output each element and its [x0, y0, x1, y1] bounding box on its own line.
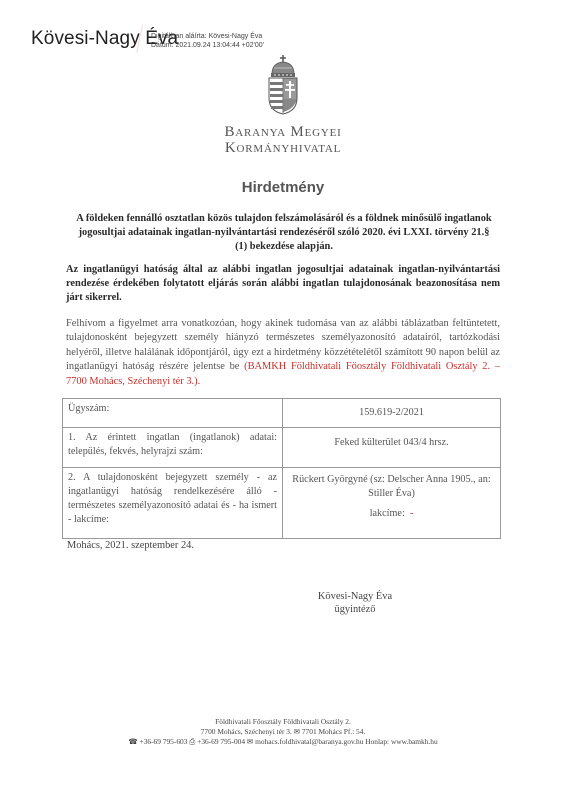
place-and-date: Mohács, 2021. szeptember 24. [67, 540, 194, 551]
signer-block: Kövesi-Nagy Éva ügyintéző [310, 590, 400, 616]
owner-label: 2. A tulajdonosként bejegyzett személy -… [63, 468, 283, 539]
footer-contact-line: ☎ +36-69 795-603 ⎙ +36-69 795-004 ✉ moha… [0, 737, 566, 747]
footer-phone: +36-69 795-603 [140, 737, 188, 746]
hungarian-coat-of-arms-icon [265, 54, 301, 116]
notice-paragraph: Felhívom a figyelmet arra vonatkozóan, h… [66, 317, 500, 389]
footer-department: Földhivatali Főosztály Földhivatali Oszt… [0, 717, 566, 727]
footer-email[interactable]: mohacs.foldhivatal@baranya.gov.hu [255, 737, 363, 746]
case-details-table: Ügyszám: 159.619-2/2021 1. Az érintett i… [62, 398, 501, 539]
footer: Földhivatali Főosztály Földhivatali Oszt… [0, 717, 566, 748]
case-number-value: 159.619-2/2021 [283, 399, 501, 428]
address-label: lakcíme: [370, 508, 405, 519]
table-row-case-number: Ügyszám: 159.619-2/2021 [63, 399, 501, 428]
table-row-owner: 2. A tulajdonosként bejegyzett személy -… [63, 468, 501, 539]
footer-website-label: Honlap: [365, 737, 389, 746]
address-value: - [410, 508, 413, 519]
signed-by-line: Digitálisan aláírta: Kövesi-Nagy Éva [151, 32, 264, 41]
fax-icon: ⎙ [189, 737, 195, 747]
footer-website[interactable]: www.bamkh.hu [391, 737, 438, 746]
agency-name-line1: Baranya Megyei [0, 124, 566, 141]
table-row-property: 1. Az érintett ingatlan (ingatlanok) ada… [63, 428, 501, 468]
signature-date-line: Dátum: 2021.09.24 13:04:44 +02'00' [151, 41, 264, 50]
mailbox-icon: ✉ [294, 727, 300, 737]
signature-meta: Digitálisan aláírta: Kövesi-Nagy Éva Dát… [151, 32, 264, 50]
footer-address-line: 7700 Mohács, Széchenyi tér 3. ✉ 7701 Moh… [0, 727, 566, 737]
legal-basis-text: A földeken fennálló osztatlan közös tula… [74, 212, 494, 255]
email-icon: ✉ [247, 737, 253, 747]
signer-title: ügyintéző [310, 603, 400, 616]
footer-postbox: 7701 Mohács Pf.: 54. [302, 727, 365, 736]
signer-name: Kövesi-Nagy Éva [310, 590, 400, 603]
statement-paragraph: Az ingatlanügyi hatóság által az alábbi … [66, 263, 500, 306]
owner-cell: Rückert Györgyné (sz: Delscher Anna 1905… [283, 468, 501, 539]
owner-address: lakcíme: - [288, 507, 495, 521]
phone-icon: ☎ [128, 737, 137, 747]
document-title: Hirdetmény [0, 179, 566, 196]
property-label: 1. Az érintett ingatlan (ingatlanok) ada… [63, 428, 283, 468]
case-number-label: Ügyszám: [63, 399, 283, 428]
owner-value: Rückert Györgyné (sz: Delscher Anna 1905… [288, 473, 495, 501]
footer-street-address: 7700 Mohács, Széchenyi tér 3. [201, 727, 292, 736]
agency-name-line2: Kormányhivatal [0, 140, 566, 157]
footer-fax: +36-69 795-004 [197, 737, 245, 746]
property-value: Feked külterület 043/4 hrsz. [283, 428, 501, 468]
